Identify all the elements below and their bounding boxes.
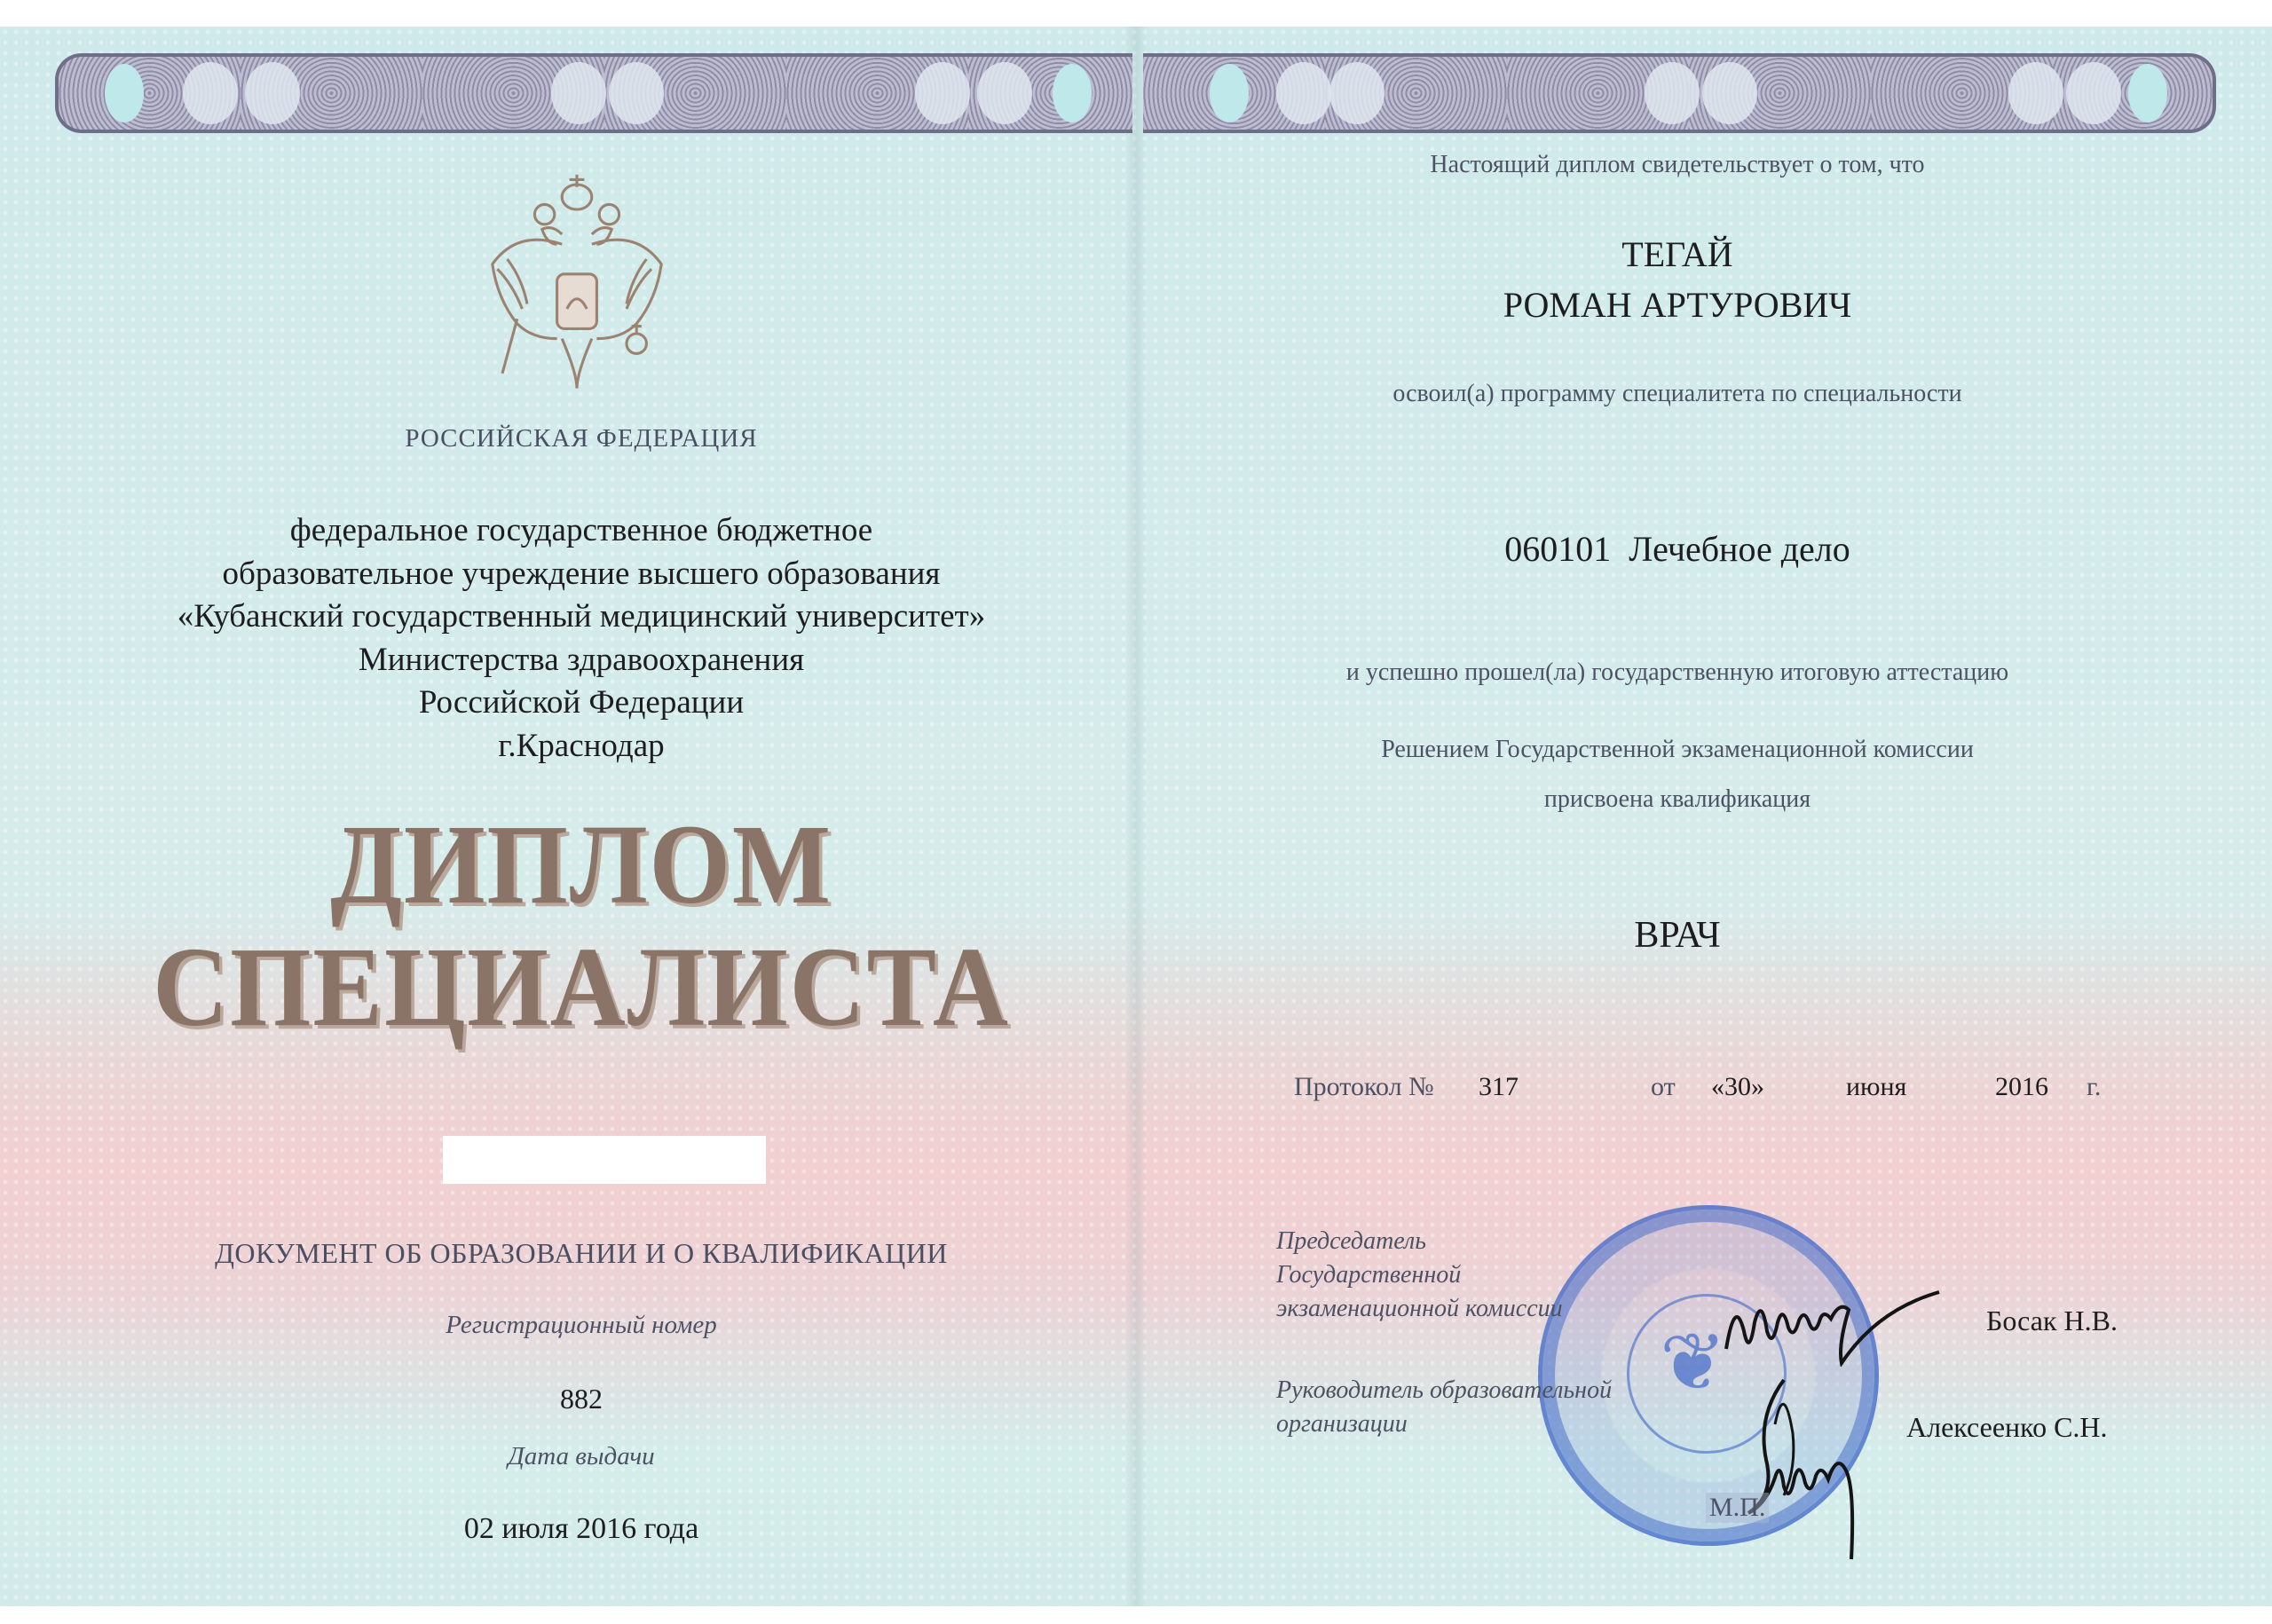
qualification-assigned-text: присвоена квалификация (1145, 785, 2210, 814)
protocol-from-label: от (1651, 1072, 1676, 1102)
role-line: Государственной (1276, 1258, 1563, 1292)
seal-placeholder-label: М.П. (1706, 1493, 1769, 1523)
certifies-intro: Настоящий диплом свидетельствует о том, … (1145, 151, 2210, 179)
diploma-title: ДИПЛОМ СПЕЦИАЛИСТА (120, 803, 1043, 1048)
country-name: РОССИЙСКАЯ ФЕДЕРАЦИЯ (80, 424, 1083, 453)
border-oval (2066, 62, 2121, 124)
head-role: Руководитель образовательной организации (1276, 1374, 1612, 1441)
role-line: организации (1276, 1407, 1612, 1441)
protocol-number: 317 (1479, 1072, 1519, 1102)
border-oval (245, 62, 300, 124)
border-oval (1702, 62, 1757, 124)
protocol-year-suffix: г. (2087, 1072, 2101, 1102)
issue-date: 02 июля 2016 года (80, 1512, 1083, 1546)
protocol-month: июня (1846, 1072, 1906, 1102)
border-oval (1329, 62, 1384, 124)
border-oval (1276, 62, 1331, 124)
chairman-role: Председатель Государственной экзаменацио… (1276, 1225, 1563, 1326)
chairman-signature (1717, 1278, 1984, 1367)
holder-surname: ТЕГАЙ (1145, 233, 2210, 275)
attestation-text: и успешно прошел(ла) государственную ито… (1145, 658, 2210, 687)
institution-line: «Кубанский государственный медицинский у… (80, 595, 1083, 639)
head-name: Алексеенко С.Н. (1906, 1411, 2108, 1444)
hologram-window (105, 64, 144, 122)
institution-line: Российской Федерации (80, 682, 1083, 725)
role-line: Председатель (1276, 1225, 1563, 1258)
border-oval (977, 62, 1032, 124)
protocol-day: «30» (1711, 1072, 1764, 1102)
border-oval (183, 62, 238, 124)
registration-number-label: Регистрационный номер (80, 1311, 1083, 1340)
role-line: Руководитель образовательной (1276, 1374, 1612, 1407)
page-fold (1125, 27, 1147, 1606)
qualification: ВРАЧ (1145, 914, 2210, 957)
institution-line: Министерства здравоохранения (80, 639, 1083, 682)
head-signature (1739, 1371, 1899, 1566)
hologram-window (2128, 64, 2167, 122)
protocol-year: 2016 (1995, 1072, 2048, 1102)
document-kind: ДОКУМЕНТ ОБ ОБРАЗОВАНИИ И О КВАЛИФИКАЦИИ (80, 1237, 1083, 1270)
diploma-title-line: СПЕЦИАЛИСТА (120, 926, 1043, 1048)
registration-number: 882 (80, 1383, 1083, 1415)
specialty: 060101 Лечебное дело (1145, 528, 2210, 570)
institution-line: г.Краснодар (80, 725, 1083, 769)
guilloche-border-right (1143, 53, 2216, 133)
commission-decision-text: Решением Государственной экзаменационной… (1145, 736, 2210, 764)
guilloche-border-left (55, 53, 1132, 133)
border-oval (2008, 62, 2063, 124)
protocol-label: Протокол № (1294, 1072, 1434, 1102)
redacted-serial-number (443, 1136, 766, 1184)
mastered-program-text: освоил(а) программу специалитета по спец… (1145, 380, 2210, 408)
institution-line: федеральное государственное бюджетное (80, 509, 1083, 553)
diploma-title-line: ДИПЛОМ (120, 803, 1043, 926)
border-oval (551, 62, 606, 124)
chairman-name: Босак Н.В. (1986, 1305, 2118, 1337)
border-oval (915, 62, 970, 124)
holder-given-names: РОМАН АРТУРОВИЧ (1145, 284, 2210, 326)
border-oval (609, 62, 664, 124)
border-oval (1645, 62, 1700, 124)
hologram-window (1053, 64, 1092, 122)
institution-line: образовательное учреждение высшего образ… (80, 553, 1083, 596)
russian-coat-of-arms-icon (453, 160, 701, 408)
hologram-window (1210, 64, 1249, 122)
protocol-row: Протокол № 317 от «30» июня 2016 г. (1294, 1072, 2110, 1116)
issue-date-label: Дата выдачи (80, 1442, 1083, 1471)
institution-name: федеральное государственное бюджетное об… (80, 509, 1083, 768)
role-line: экзаменационной комиссии (1276, 1292, 1563, 1326)
